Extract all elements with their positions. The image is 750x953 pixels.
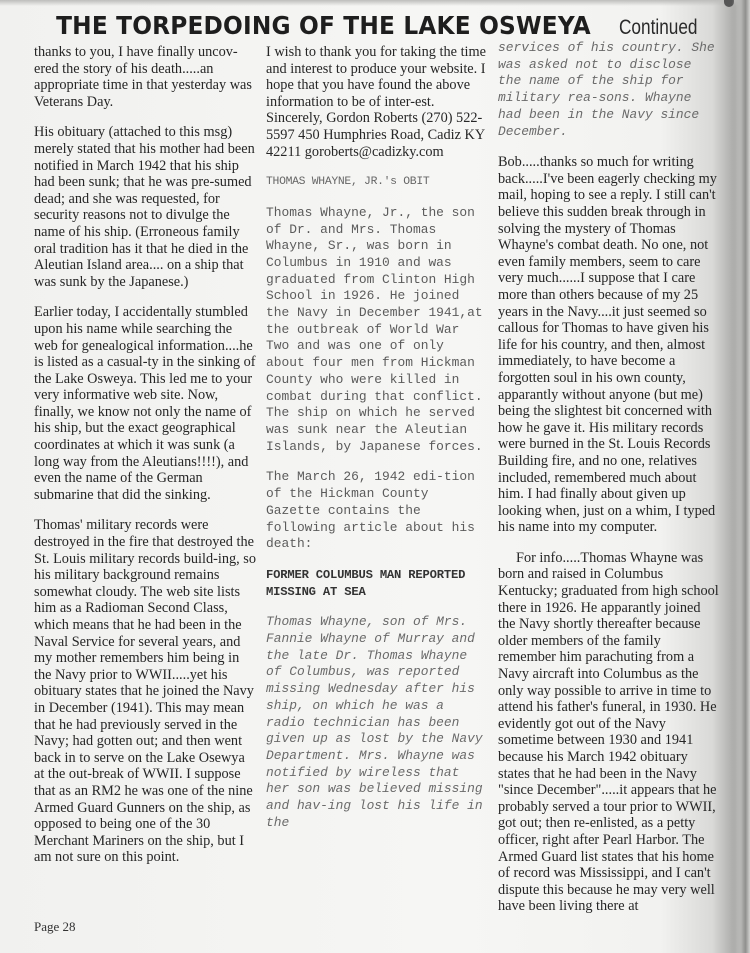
scan-top-shadow xyxy=(0,0,750,6)
paragraph: Earlier today, I accidentally stumbled u… xyxy=(34,304,256,503)
column-1: thanks to you, I have finally uncov-ered… xyxy=(34,44,256,880)
paragraph: For info.....Thomas Whayne was born and … xyxy=(498,550,720,915)
article-text: Thomas Whayne, son of Mrs. Fannie Whayne… xyxy=(266,614,488,831)
magazine-page: THE TORPEDOING OF THE LAKE OSWEYA Contin… xyxy=(0,0,750,953)
obit-paragraph: The March 26, 1942 edi-tion of the Hickm… xyxy=(266,469,488,553)
paragraph: Bob.....thanks so much for writing back.… xyxy=(498,154,720,536)
article-text-continued: services of his country. She was asked n… xyxy=(498,40,720,140)
page-number: Page 28 xyxy=(34,919,76,935)
article-headline: FORMER COLUMBUS MAN REPORTED MISSING AT … xyxy=(266,567,488,600)
closing-paragraph: I wish to thank you for taking the time … xyxy=(266,44,488,160)
paragraph: His obituary (attached to this msg) mere… xyxy=(34,124,256,290)
binding-shadow xyxy=(732,0,750,953)
continued-label: Continued xyxy=(619,16,698,40)
obit-paragraph: Thomas Whayne, Jr., the son of Dr. and M… xyxy=(266,205,488,456)
paragraph: Thomas' military records were destroyed … xyxy=(34,517,256,865)
column-2: I wish to thank you for taking the time … xyxy=(266,44,488,845)
article-title: THE TORPEDOING OF THE LAKE OSWEYA xyxy=(56,11,591,40)
paragraph: thanks to you, I have finally uncov-ered… xyxy=(34,44,256,110)
page-title: THE TORPEDOING OF THE LAKE OSWEYA Contin… xyxy=(0,11,750,40)
obit-heading: THOMAS WHAYNE, JR.'s OBIT xyxy=(266,174,488,191)
column-3: services of his country. She was asked n… xyxy=(498,40,720,929)
